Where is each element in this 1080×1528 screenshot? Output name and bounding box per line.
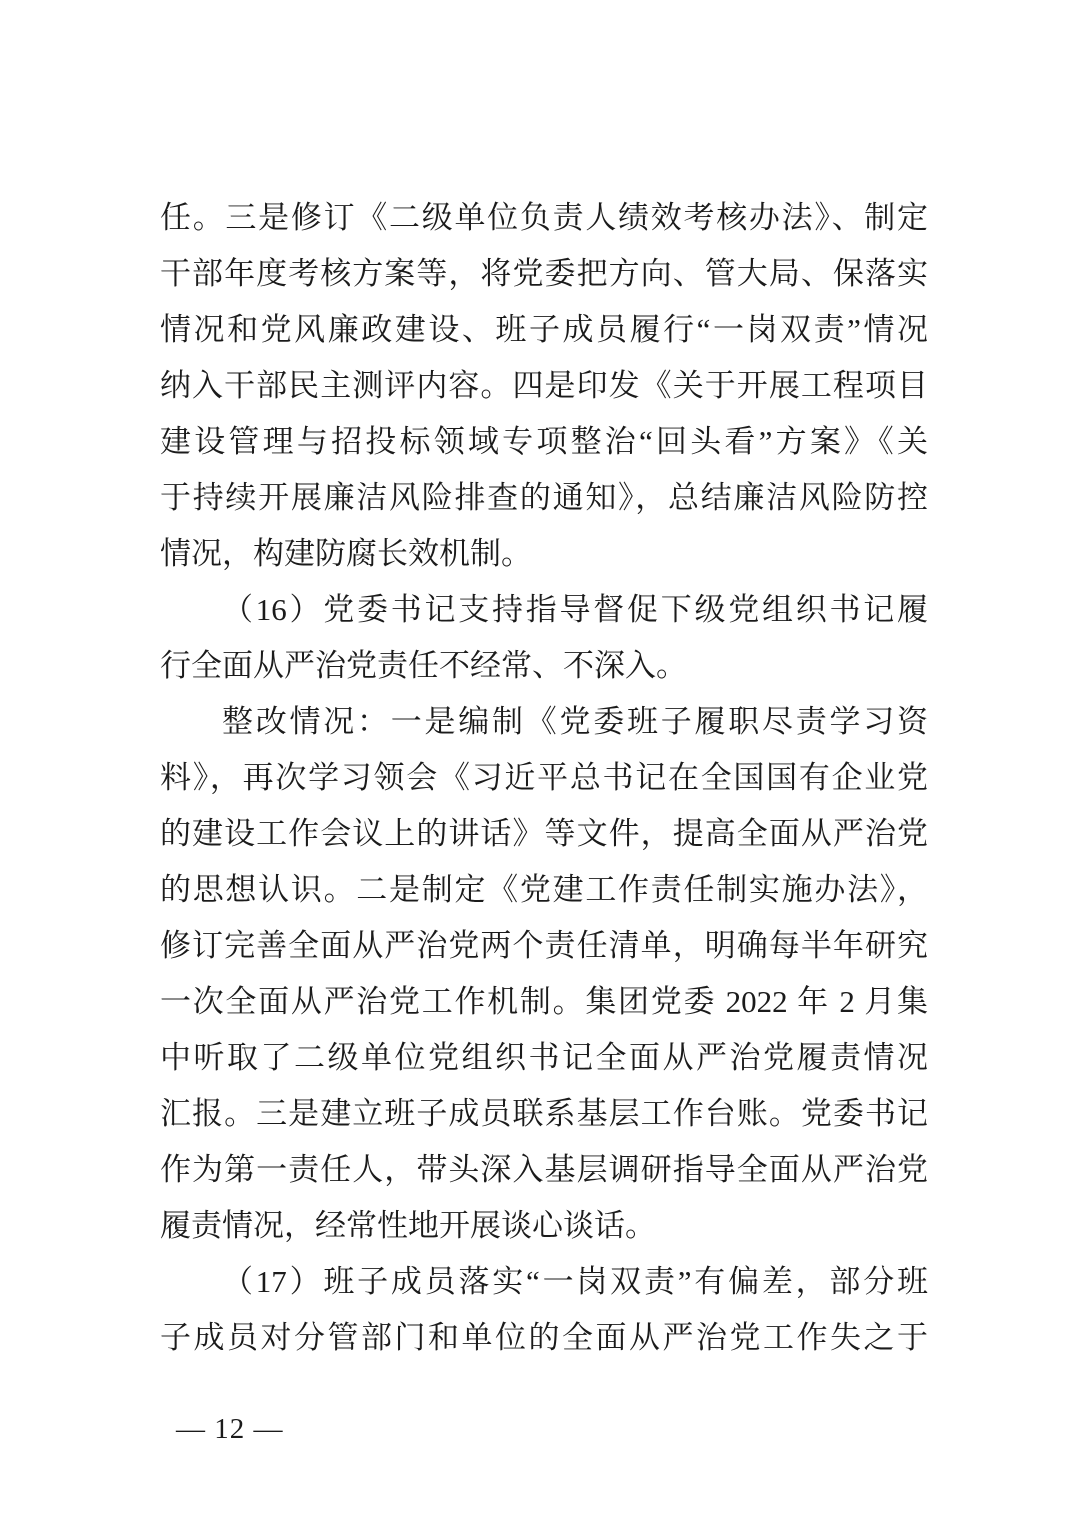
body-text: 任。三是修订《二级单位负责人绩效考核办法》、制定干部年度考核方案等，将党委把方向… (160, 190, 928, 1366)
text-line: 修订完善全面从严治党两个责任清单，明确每半年研究 (160, 918, 928, 974)
text-line: 于持续开展廉洁风险排查的通知》，总结廉洁风险防控 (160, 470, 928, 526)
text-line: 一次全面从严治党工作机制。集团党委 2022 年 2 月集 (160, 974, 928, 1030)
text-line: 作为第一责任人，带头深入基层调研指导全面从严治党 (160, 1142, 928, 1198)
text-line: 行全面从严治党责任不经常、不深入。 (160, 638, 928, 694)
text-line: 子成员对分管部门和单位的全面从严治党工作失之于 (160, 1310, 928, 1366)
text-line: 履责情况，经常性地开展谈心谈话。 (160, 1198, 928, 1254)
text-line: 建设管理与招投标领域专项整治“回头看”方案》《关 (160, 414, 928, 470)
text-line: 的建设工作会议上的讲话》等文件，提高全面从严治党 (160, 806, 928, 862)
text-line: 料》，再次学习领会《习近平总书记在全国国有企业党 (160, 750, 928, 806)
document-page: 任。三是修订《二级单位负责人绩效考核办法》、制定干部年度考核方案等，将党委把方向… (0, 0, 1080, 1528)
page-number: — 12 — (176, 1408, 284, 1450)
text-line: 中听取了二级单位党组织书记全面从严治党履责情况 (160, 1030, 928, 1086)
text-line: 整改情况：一是编制《党委班子履职尽责学习资 (160, 694, 928, 750)
text-line: 的思想认识。二是制定《党建工作责任制实施办法》， (160, 862, 928, 918)
text-line: 情况，构建防腐长效机制。 (160, 526, 928, 582)
text-line: （16）党委书记支持指导督促下级党组织书记履 (160, 582, 928, 638)
text-line: 干部年度考核方案等，将党委把方向、管大局、保落实 (160, 246, 928, 302)
text-line: 纳入干部民主测评内容。四是印发《关于开展工程项目 (160, 358, 928, 414)
text-line: 汇报。三是建立班子成员联系基层工作台账。党委书记 (160, 1086, 928, 1142)
text-line: （17）班子成员落实“一岗双责”有偏差，部分班 (160, 1254, 928, 1310)
text-line: 任。三是修订《二级单位负责人绩效考核办法》、制定 (160, 190, 928, 246)
text-line: 情况和党风廉政建设、班子成员履行“一岗双责”情况 (160, 302, 928, 358)
